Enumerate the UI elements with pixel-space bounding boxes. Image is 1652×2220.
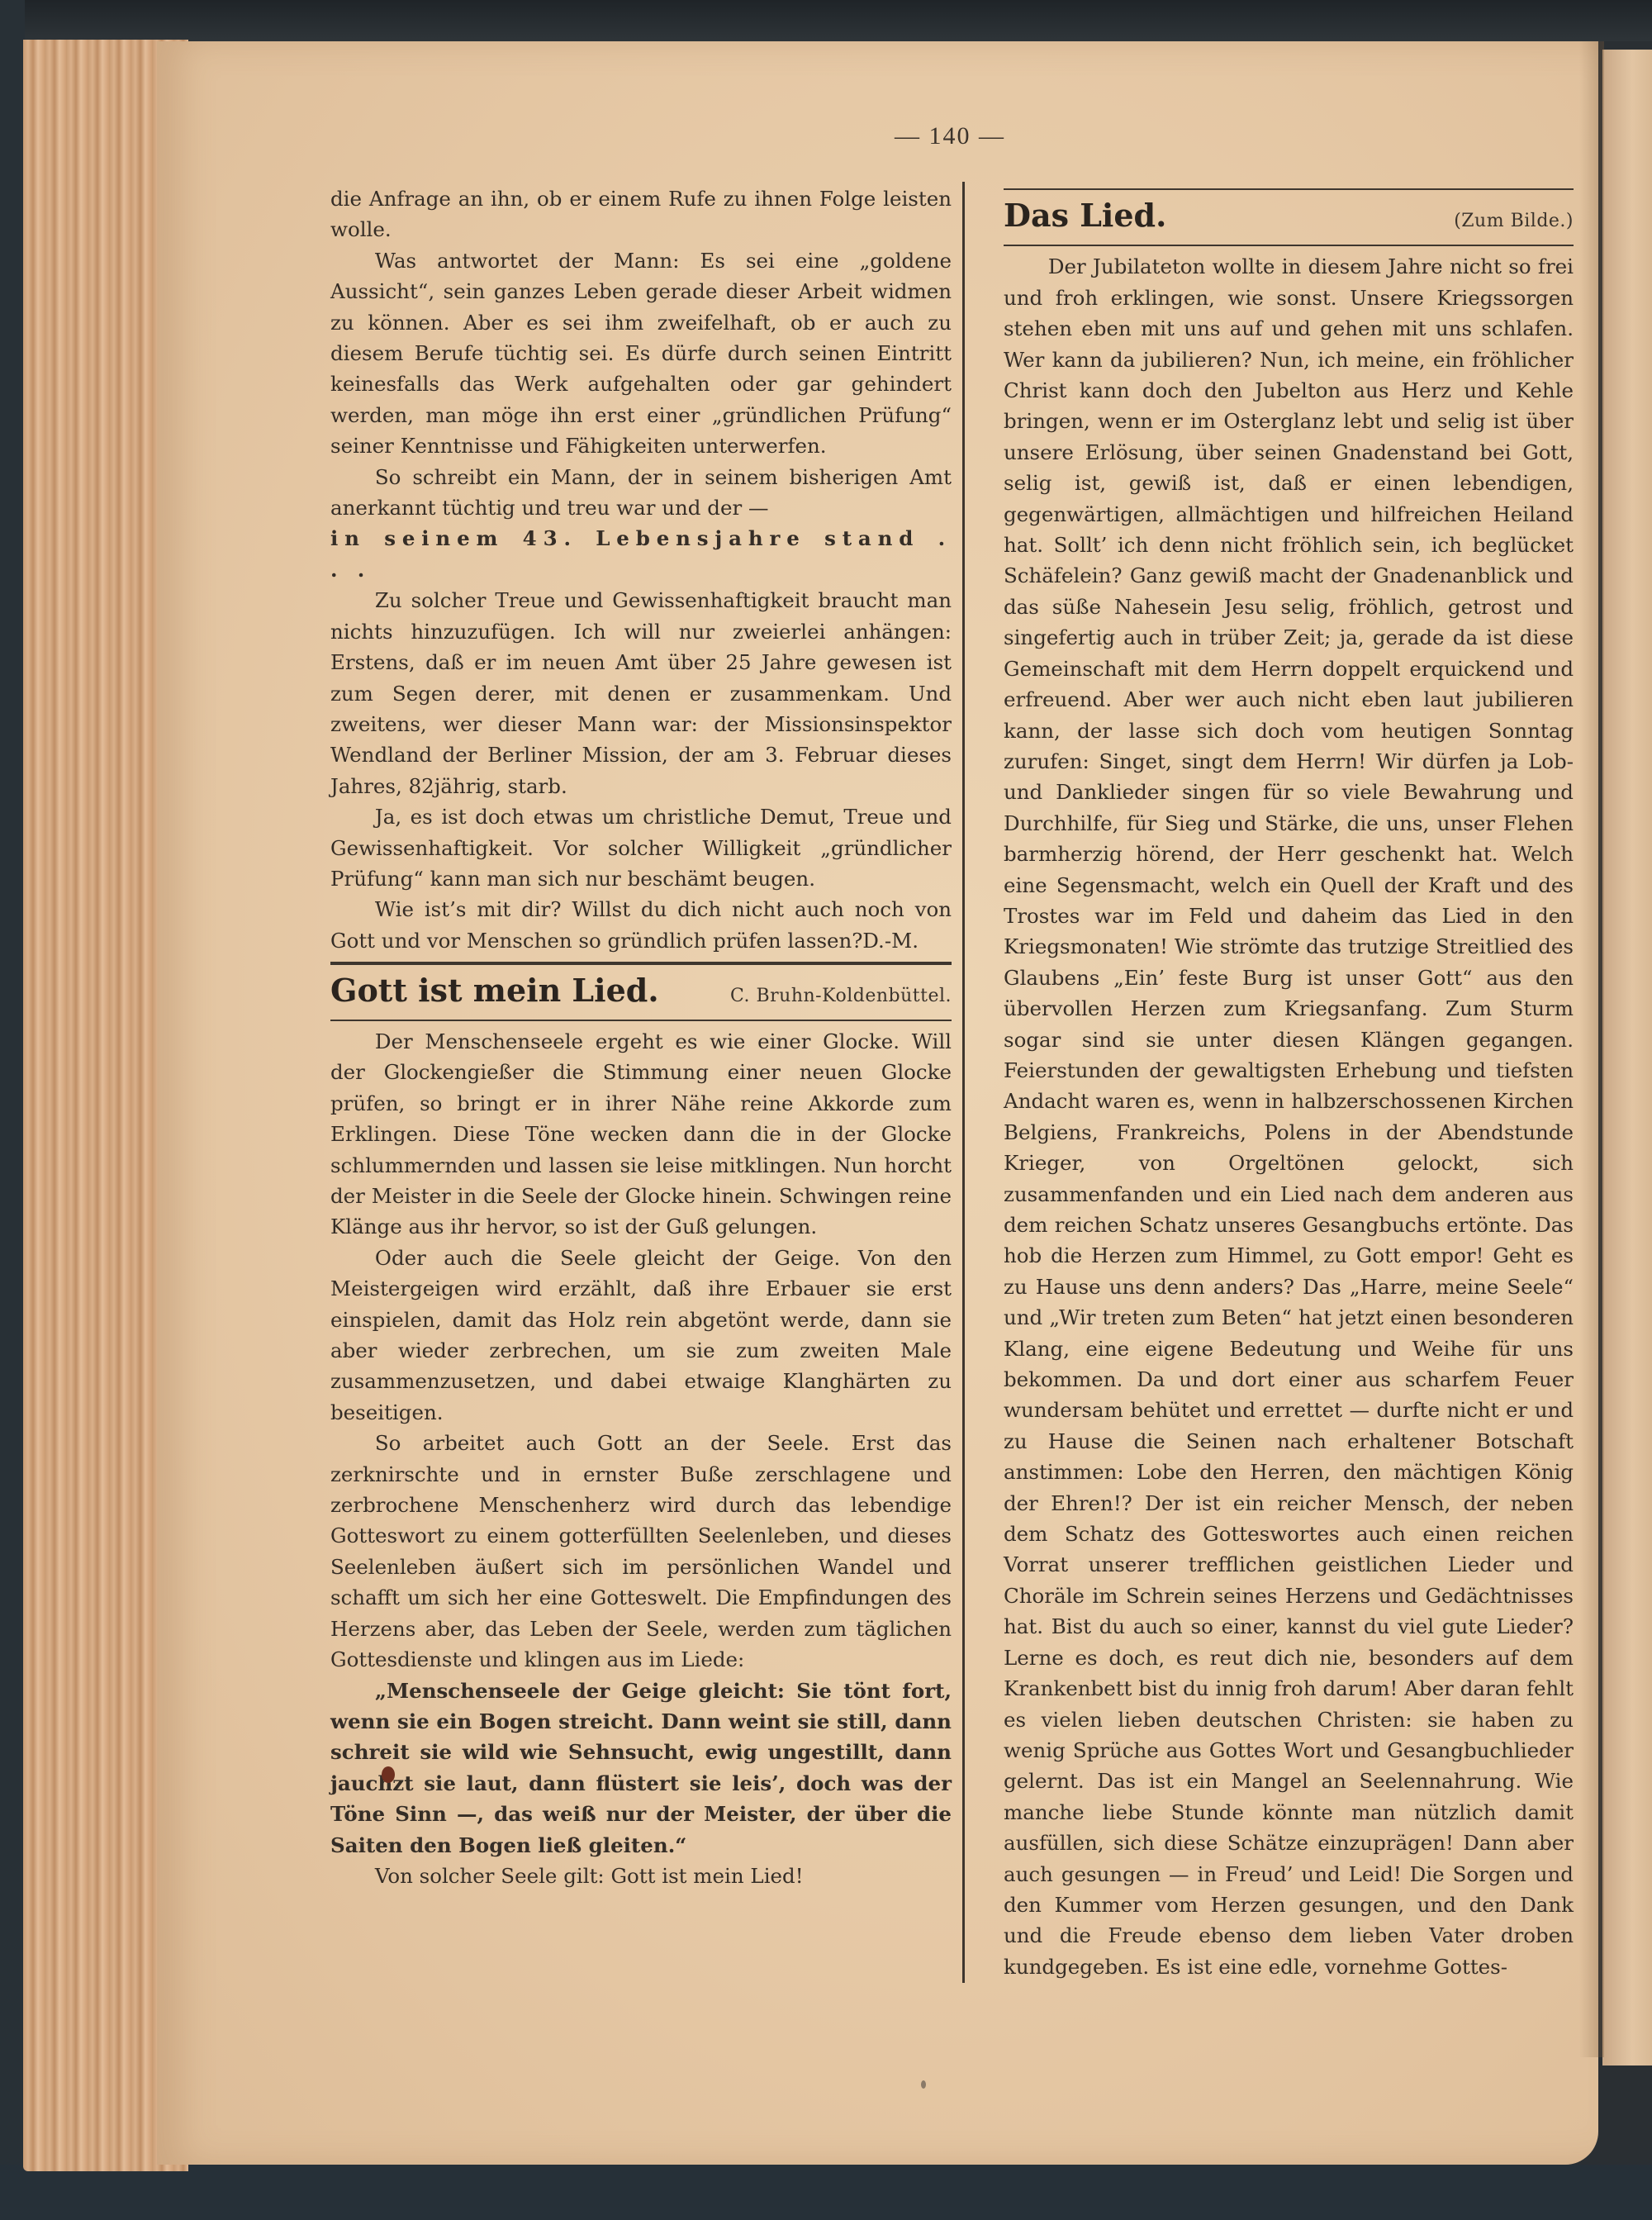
article-header: Das Lied. (Zum Bilde.)	[1004, 195, 1574, 240]
ink-stain	[382, 1766, 395, 1783]
paragraph: So schreibt ein Mann, der in seinem bish…	[330, 462, 952, 524]
closing-line: Von solcher Seele gilt: Gott ist mein Li…	[330, 1861, 952, 1891]
paragraph: Oder auch die Seele gleicht der Geige. V…	[330, 1243, 952, 1428]
page-number: — 140 —	[867, 122, 1032, 150]
paragraph: Wie ist’s mit dir? Willst du dich nicht …	[330, 894, 952, 956]
article-title: Gott ist mein Lied.	[330, 972, 659, 1010]
article-byline: C. Bruhn-Koldenbüttel.	[730, 981, 952, 1011]
column-divider	[962, 182, 965, 1983]
paragraph: So arbeitet auch Gott an der Seele. Erst…	[330, 1428, 952, 1675]
book-cover-top	[0, 0, 1652, 41]
article-title: Das Lied.	[1004, 197, 1166, 235]
gutter-shadow	[1579, 41, 1604, 2057]
paper-speck	[921, 2080, 926, 2089]
book-cover-bottom	[0, 2165, 1652, 2220]
section-rule	[330, 1020, 952, 1021]
article-byline: (Zum Bilde.)	[1454, 206, 1574, 236]
next-page-edge	[1602, 50, 1652, 2066]
section-rule	[1004, 188, 1574, 190]
paragraph: Was antwortet der Mann: Es sei eine „gol…	[330, 245, 952, 462]
poem-quote: „Menschenseele der Geige gleicht: Sie tö…	[330, 1676, 952, 1861]
spaced-emphasis-line: in seinem 43. Lebensjahre stand . . .	[330, 523, 952, 585]
article-header: Gott ist mein Lied. C. Bruhn-Koldenbütte…	[330, 970, 952, 1015]
right-column: Das Lied. (Zum Bilde.) Der Jubilateton w…	[1004, 183, 1574, 1982]
section-rule	[330, 962, 952, 965]
paragraph: Der Menschenseele ergeht es wie einer Gl…	[330, 1026, 952, 1243]
quote-text: „Menschenseele der Geige gleicht: Sie tö…	[330, 1676, 952, 1861]
section-rule	[1004, 245, 1574, 246]
paragraph: Zu solcher Treue und Gewissenhaftigkeit …	[330, 585, 952, 801]
paragraph: die Anfrage an ihn, ob er einem Rufe zu …	[330, 183, 952, 245]
book-cover-left	[0, 0, 25, 2220]
left-column: die Anfrage an ihn, ob er einem Rufe zu …	[330, 183, 952, 1891]
paragraph: Der Jubilateton wollte in diesem Jahre n…	[1004, 251, 1574, 1982]
paragraph: Ja, es ist doch etwas um christliche Dem…	[330, 801, 952, 894]
